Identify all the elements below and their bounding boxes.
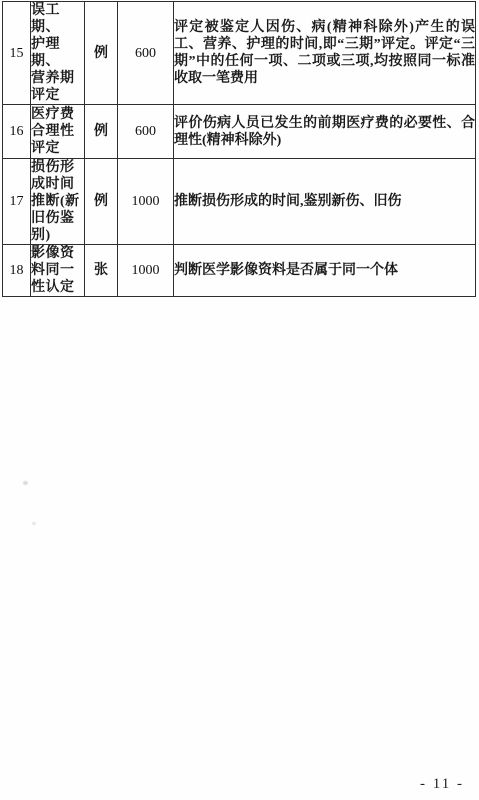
row-number-cell: 18 (3, 245, 31, 297)
price-cell: 600 (118, 105, 174, 159)
scan-speck (32, 522, 36, 525)
row-number-cell: 15 (3, 2, 31, 105)
table-row: 17 损伤形 成时间 推断(新 旧伤鉴 别) 例 1000 推断损伤形成的时间,… (3, 159, 476, 245)
page-number: - 11 - (420, 776, 464, 793)
unit-cell: 例 (85, 2, 118, 105)
item-name-cell: 影像资 料同一 性认定 (31, 245, 85, 297)
item-name-cell: 误工期、 护理期、 营养期 评定 (31, 2, 85, 105)
description-cell: 评价伤病人员已发生的前期医疗费的必要性、合理性(精神科除外) (174, 105, 476, 159)
description-cell: 评定被鉴定人因伤、病(精神科除外)产生的误工、营养、护理的时间,即“三期”评定。… (174, 2, 476, 105)
row-number-cell: 16 (3, 105, 31, 159)
item-name-cell: 损伤形 成时间 推断(新 旧伤鉴 别) (31, 159, 85, 245)
description-cell: 判断医学影像资料是否属于同一个体 (174, 245, 476, 297)
unit-cell: 张 (85, 245, 118, 297)
row-number-cell: 17 (3, 159, 31, 245)
price-cell: 600 (118, 2, 174, 105)
unit-cell: 例 (85, 159, 118, 245)
table-row: 15 误工期、 护理期、 营养期 评定 例 600 评定被鉴定人因伤、病(精神科… (3, 2, 476, 105)
price-cell: 1000 (118, 159, 174, 245)
description-cell: 推断损伤形成的时间,鉴别新伤、旧伤 (174, 159, 476, 245)
item-name-cell: 医疗费 合理性 评定 (31, 105, 85, 159)
scanned-document-page: 15 误工期、 护理期、 营养期 评定 例 600 评定被鉴定人因伤、病(精神科… (0, 0, 479, 800)
table-row: 18 影像资 料同一 性认定 张 1000 判断医学影像资料是否属于同一个体 (3, 245, 476, 297)
fee-schedule-table: 15 误工期、 护理期、 营养期 评定 例 600 评定被鉴定人因伤、病(精神科… (2, 1, 476, 297)
table-row: 16 医疗费 合理性 评定 例 600 评价伤病人员已发生的前期医疗费的必要性、… (3, 105, 476, 159)
scan-speck (23, 481, 28, 485)
price-cell: 1000 (118, 245, 174, 297)
unit-cell: 例 (85, 105, 118, 159)
